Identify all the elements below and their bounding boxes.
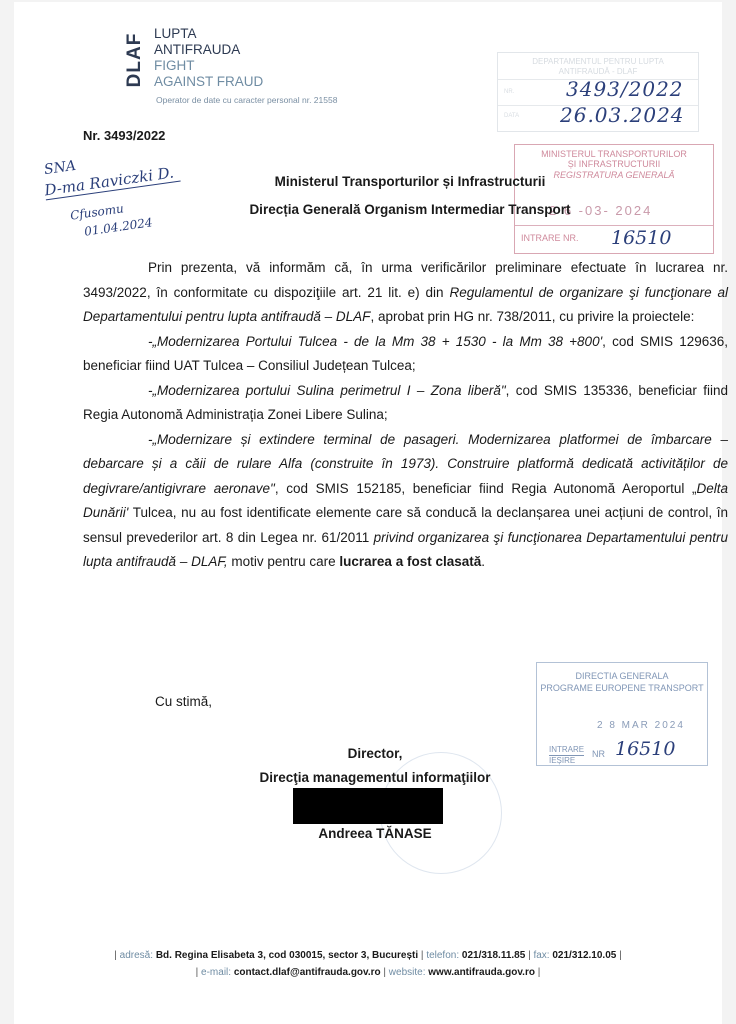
closing-salutation: Cu stimă,: [155, 694, 212, 709]
dlaf-registration-stamp: DEPARTAMENTUL PENTRU LUPTA ANTIFRAUDĂ - …: [497, 52, 699, 132]
stamp-header-2: ANTIFRAUDĂ - DLAF: [498, 67, 698, 76]
stamp-in-label: INTRARE: [549, 745, 584, 756]
stamp-date: 2 8 MAR 2024: [597, 720, 685, 731]
project-3: -„Modernizare și extindere terminal de p…: [83, 428, 728, 575]
fax-label: fax:: [533, 950, 549, 961]
stamp-line-2: PROGRAME EUROPENE TRANSPORT: [537, 683, 707, 693]
data-operator-note: Operator de date cu caracter personal nr…: [156, 95, 337, 105]
letter-body: Prin prezenta, vă informăm că, în urma v…: [83, 256, 728, 575]
stamp-line-1: MINISTERUL TRANSPORTURILOR: [515, 149, 713, 159]
address-value: Bd. Regina Elisabeta 3, cod 030015, sect…: [156, 950, 418, 961]
separator: |: [381, 967, 389, 978]
final-decision: lucrarea a fost clasată: [339, 554, 481, 569]
final-period: .: [481, 554, 485, 569]
addressee-directorate: Direcția Generală Organism Intermediar T…: [200, 202, 620, 217]
stamp-entry-number: 16510: [611, 227, 671, 249]
email-link[interactable]: contact.dlaf@antifrauda.gov.ro: [234, 967, 381, 978]
phone-label: telefon:: [426, 950, 459, 961]
document-number: Nr. 3493/2022: [83, 128, 165, 143]
stamp-nr-label: NR: [592, 749, 605, 759]
stamp-out-label: IEȘIRE: [549, 756, 584, 766]
redacted-signature: [293, 788, 443, 824]
project-1-title: -„Modernizarea Portului Tulcea - de la M…: [148, 334, 602, 349]
email-label: e-mail:: [201, 967, 231, 978]
addressee-ministry: Ministerul Transporturilor și Infrastruc…: [200, 174, 620, 189]
stamp-date-handwritten: 26.03.2024: [560, 103, 685, 127]
website-link[interactable]: www.antifrauda.gov.ro: [428, 967, 535, 978]
stamp-divider: [515, 225, 713, 226]
final-text: motiv pentru care: [228, 554, 340, 569]
footer-contact-line-1: | adresă: Bd. Regina Elisabeta 3, cod 03…: [0, 950, 736, 961]
logo-text: LUPTA ANTIFRAUDA FIGHT AGAINST FRAUD: [154, 26, 263, 90]
stamp-header-1: DEPARTAMENTUL PENTRU LUPTA: [498, 57, 698, 66]
stamp-line-1: DIRECTIA GENERALA: [537, 671, 707, 681]
project-3-details: , cod SMIS 152185, beneficiar fiind Regi…: [275, 481, 697, 496]
programs-directorate-stamp: DIRECTIA GENERALA PROGRAME EUROPENE TRAN…: [536, 662, 708, 766]
website-label: website:: [389, 967, 426, 978]
address-label: adresă:: [120, 950, 153, 961]
logo-line-2: ANTIFRAUDA: [154, 42, 263, 58]
signatory-name: Andreea TĂNASE: [210, 826, 540, 841]
stamp-in-out: INTRARE IEȘIRE: [549, 745, 584, 766]
paragraph-intro: Prin prezenta, vă informăm că, în urma v…: [83, 256, 728, 330]
dlaf-logo: DLAF: [125, 26, 145, 94]
separator: |: [535, 967, 540, 978]
intro-text-end: , aprobat prin HG nr. 738/2011, cu privi…: [370, 309, 694, 324]
fax-value: 021/312.10.05: [552, 950, 616, 961]
signatory-department: Direcţia managementul informaţiilor: [210, 770, 540, 785]
stamp-nr-handwritten: 16510: [615, 738, 675, 760]
logo-acronym: DLAF: [124, 33, 146, 88]
stamp-nr-label: NR.: [504, 89, 514, 95]
stamp-line-2: ȘI INFRASTRUCTURII: [515, 159, 713, 169]
ministry-registry-stamp: MINISTERUL TRANSPORTURILOR ȘI INFRASTRUC…: [514, 144, 714, 254]
phone-value: 021/318.11.85: [462, 950, 525, 961]
stamp-data-label: DATA: [504, 113, 519, 119]
project-1: -„Modernizarea Portului Tulcea - de la M…: [83, 330, 728, 379]
logo-line-1: LUPTA: [154, 26, 263, 42]
stamp-entry-label: INTRARE NR.: [521, 233, 579, 243]
stamp-nr-handwritten: 3493/2022: [566, 77, 684, 101]
signatory-title: Director,: [210, 746, 540, 761]
footer-contact-line-2: | e-mail: contact.dlaf@antifrauda.gov.ro…: [0, 967, 736, 978]
logo-line-4: AGAINST FRAUD: [154, 74, 263, 90]
separator: |: [616, 950, 621, 961]
project-2: -„Modernizarea portului Sulina perimetru…: [83, 379, 728, 428]
logo-line-3: FIGHT: [154, 58, 263, 74]
project-2-title: -„Modernizarea portului Sulina perimetru…: [148, 383, 506, 398]
